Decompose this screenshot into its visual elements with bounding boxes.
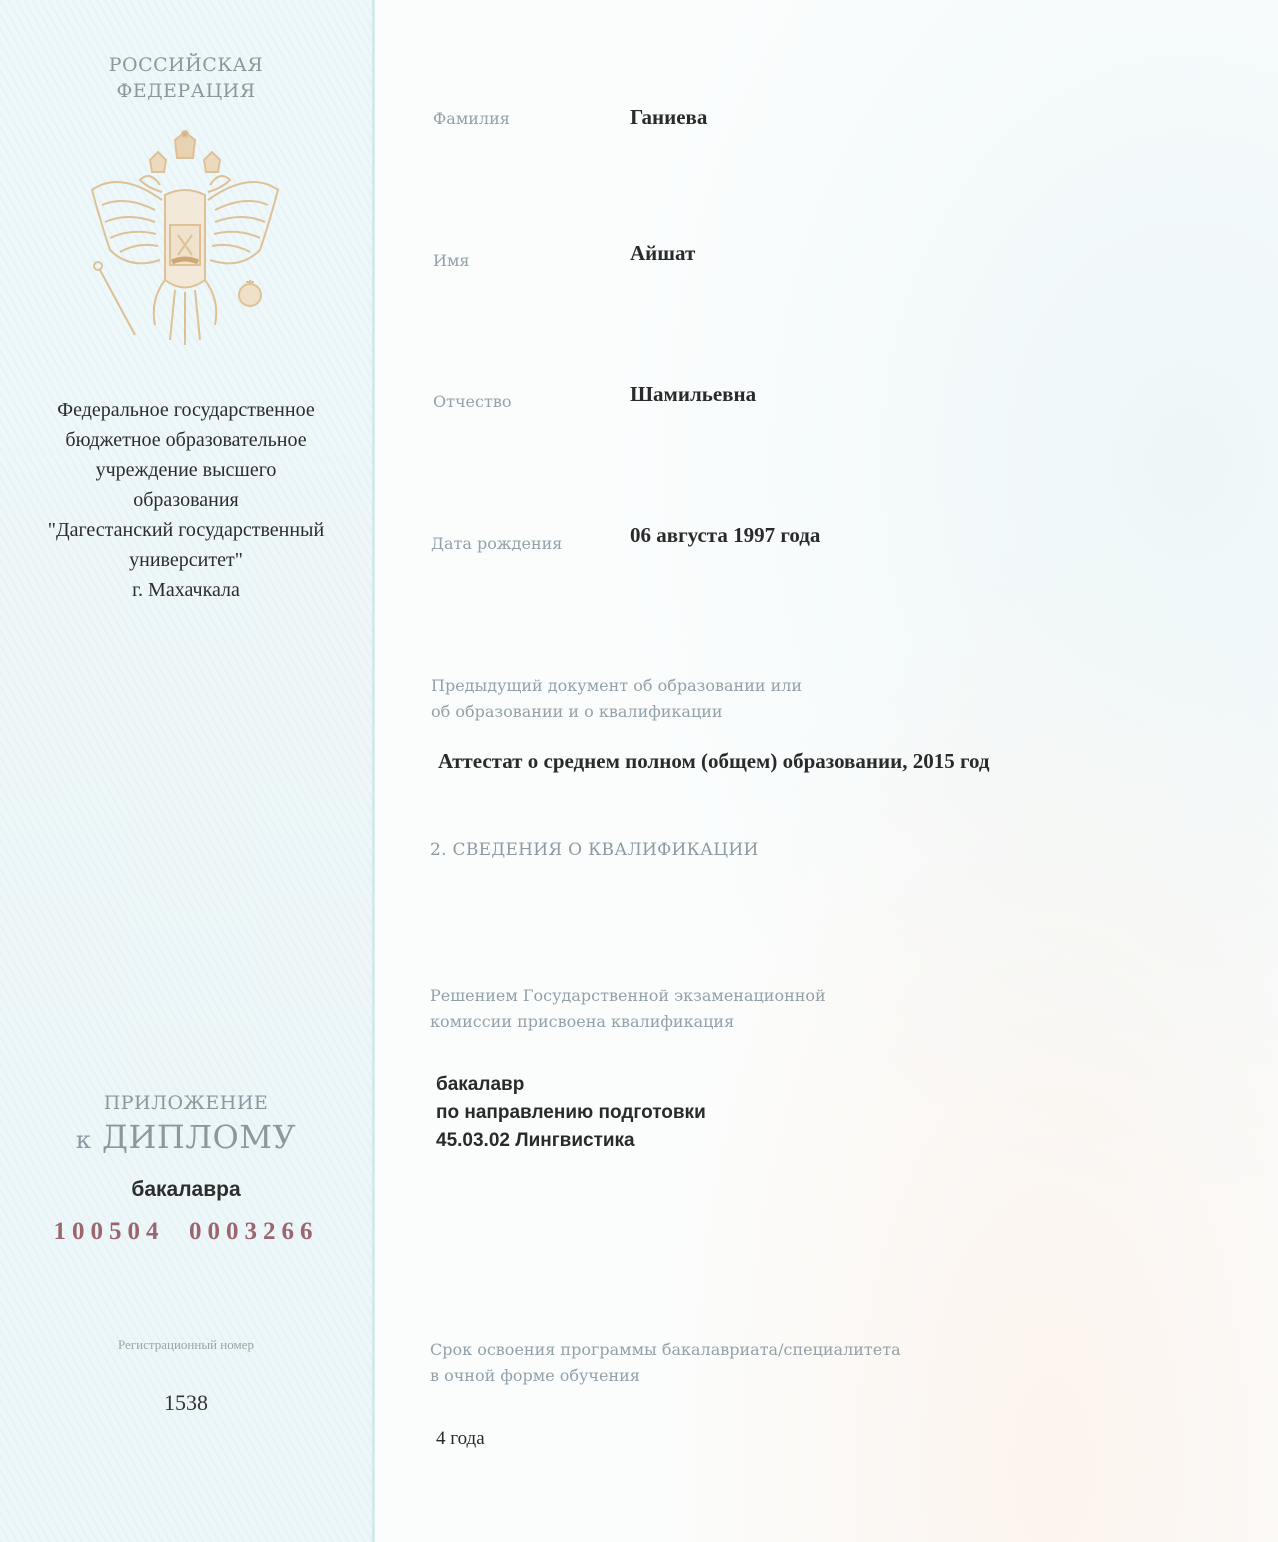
organization-line: бюджетное образовательное: [0, 425, 372, 455]
previous-document-label-line: Предыдущий документ об образовании или: [431, 673, 802, 699]
first-name-label: Имя: [433, 248, 470, 274]
qualification-label-line: комиссии присвоена квалификация: [430, 1009, 826, 1035]
birth-date-label: Дата рождения: [431, 531, 562, 557]
qualification-value: бакалавр по направлению подготовки 45.03…: [436, 1071, 706, 1155]
serial-number: 100504 0003266: [0, 1218, 372, 1246]
duration-label: Срок освоения программы бакалавриата/спе…: [430, 1337, 901, 1389]
country-line-1: РОССИЙСКАЯ: [0, 52, 372, 78]
duration-label-line: в очной форме обучения: [430, 1363, 901, 1389]
organization-line: образования: [0, 485, 372, 515]
registration-label: Регистрационный номер: [0, 1337, 372, 1353]
previous-document-label: Предыдущий документ об образовании или о…: [431, 673, 802, 725]
organization-line: университет": [0, 545, 372, 575]
country-line-2: ФЕДЕРАЦИЯ: [0, 78, 372, 104]
appendix-title-line-1: ПРИЛОЖЕНИЕ: [0, 1092, 372, 1114]
left-panel: РОССИЙСКАЯ ФЕДЕРАЦИЯ: [0, 0, 373, 1542]
surname-label: Фамилия: [433, 106, 510, 132]
qualification-value-line: по направлению подготовки: [436, 1099, 706, 1127]
registration-number: 1538: [0, 1390, 372, 1416]
organization-line: г. Махачкала: [0, 575, 372, 605]
patronymic-label: Отчество: [433, 389, 511, 415]
previous-document-label-line: об образовании и о квалификации: [431, 699, 802, 725]
previous-document-value: Аттестат о среднем полном (общем) образо…: [438, 748, 989, 774]
country-title: РОССИЙСКАЯ ФЕДЕРАЦИЯ: [0, 52, 372, 104]
organization-line: Федеральное государственное: [0, 395, 372, 425]
qualification-label-line: Решением Государственной экзаменационной: [430, 983, 826, 1009]
coat-of-arms-icon: [80, 130, 290, 350]
organization-name: Федеральное государственное бюджетное об…: [0, 395, 372, 605]
qualification-label: Решением Государственной экзаменационной…: [430, 983, 826, 1035]
first-name-value: Айшат: [630, 240, 695, 266]
organization-line: учреждение высшего: [0, 455, 372, 485]
appendix-title-k: к: [76, 1126, 92, 1154]
qualification-value-line: бакалавр: [436, 1071, 706, 1099]
organization-line: "Дагестанский государственный: [0, 515, 372, 545]
patronymic-value: Шамильевна: [630, 381, 756, 407]
qualification-value-line: 45.03.02 Лингвистика: [436, 1127, 706, 1155]
degree-level: бакалавра: [0, 1178, 372, 1202]
duration-value: 4 года: [436, 1426, 485, 1452]
birth-date-value: 06 августа 1997 года: [630, 522, 820, 548]
surname-value: Ганиева: [630, 104, 707, 130]
appendix-title-line-2: к ДИПЛОМУ: [0, 1118, 372, 1156]
duration-label-line: Срок освоения программы бакалавриата/спе…: [430, 1337, 901, 1363]
section-title-qualification: 2. СВЕДЕНИЯ О КВАЛИФИКАЦИИ: [430, 840, 759, 860]
appendix-title-diploma: ДИПЛОМУ: [102, 1118, 296, 1156]
